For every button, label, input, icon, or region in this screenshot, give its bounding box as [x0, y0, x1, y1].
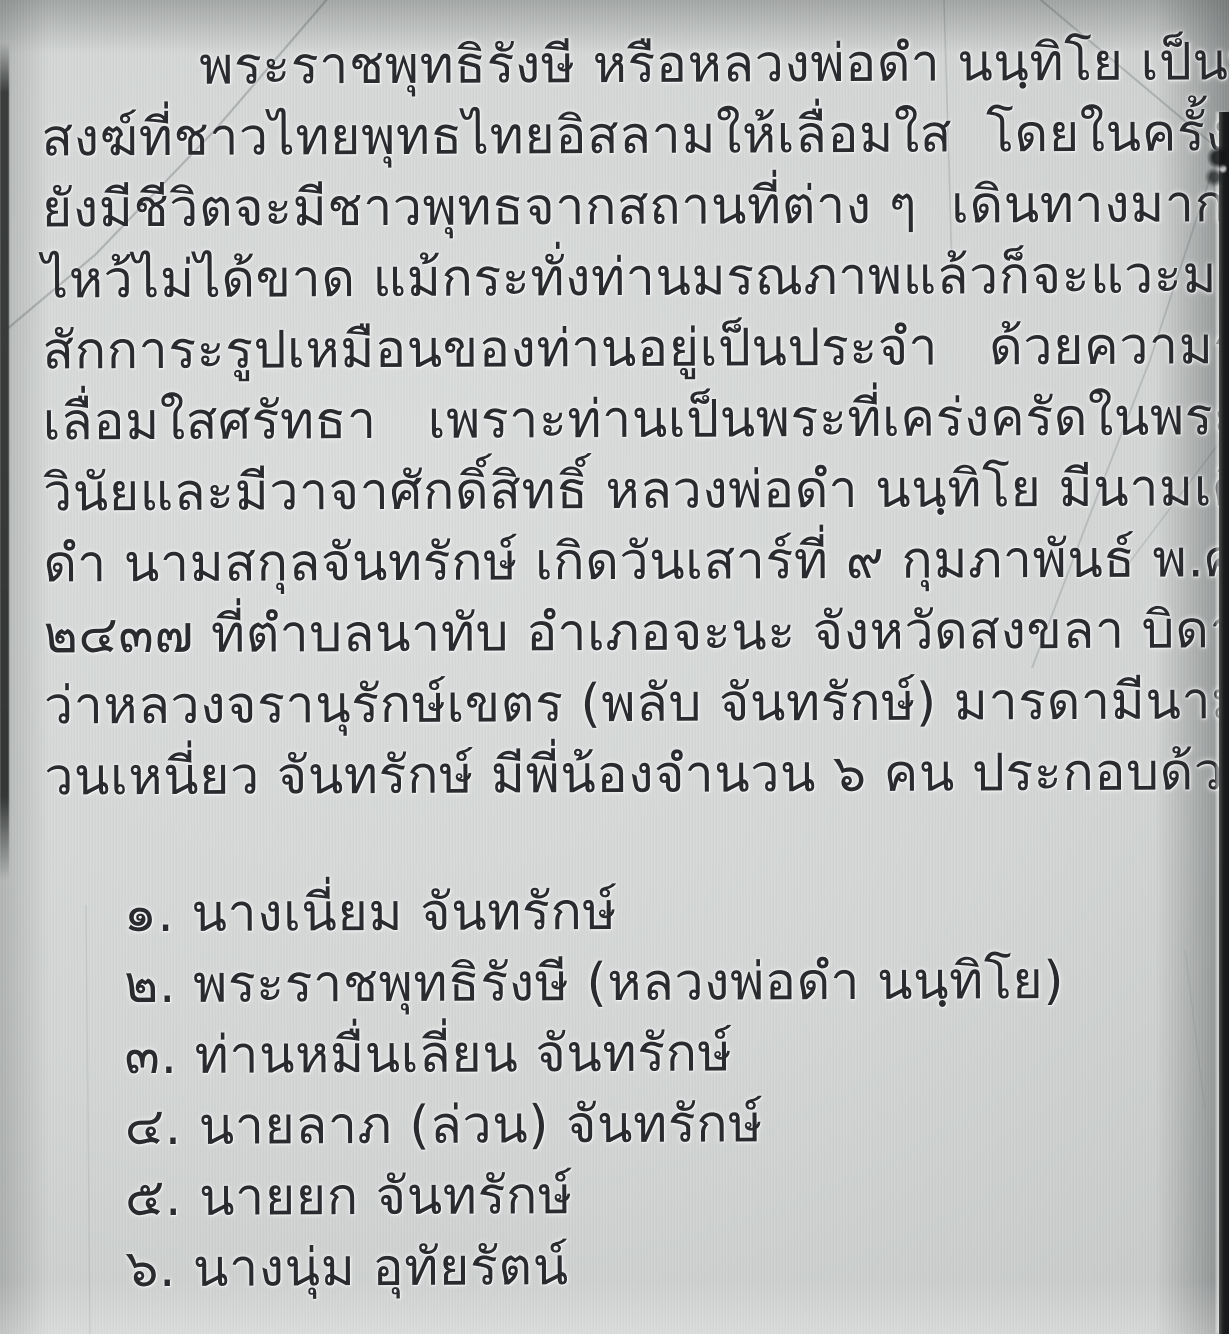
list-item-3: ๓. ท่านหมื่นเลี่ยน จันทรักษ์	[4, 1016, 1229, 1092]
list-item-2: ๒. พระราชพุทธิรังษี (หลวงพ่อดำ นนฺทิโย)	[4, 945, 1229, 1021]
list-item-5: ๕. นายยก จันทรักษ์	[5, 1158, 1229, 1234]
paragraph-line-8: ดำ นามสกุลจันทรักษ์ เกิดวันเสาร์ที่ ๙ กุ…	[2, 524, 1229, 600]
right-dark-edge	[1219, 112, 1229, 1334]
paragraph-line-3: ยังมีชีวิตจะมีชาวพุทธจากสถานที่ต่าง ๆ เด…	[1, 169, 1229, 245]
document-text: พระราชพุทธิรังษี หรือหลวงพ่อดำ นนฺทิโย เ…	[0, 27, 1229, 1305]
list-item-4: ๔. นายลาภ (ล่วน) จันทรักษ์	[5, 1087, 1229, 1163]
paragraph-line-9: ๒๔๓๗ ที่ตำบลนาทับ อำเภอจะนะ จังหวัดสงขลา…	[2, 595, 1229, 671]
screen-crack-impact	[1199, 138, 1227, 194]
list-item-6: ๖. นางนุ่ม อุทัยรัตน์	[5, 1229, 1229, 1305]
paragraph-line-6: เลื่อมใสศรัทธา เพราะท่านเป็นพระที่เคร่งค…	[2, 382, 1229, 458]
paragraph-line-5: สักการะรูปเหมือนของท่านอยู่เป็นประจำ ด้ว…	[1, 311, 1229, 387]
paragraph-line-2: สงฆ์ที่ชาวไทยพุทธไทยอิสลามให้เลื่อมใส โด…	[0, 98, 1229, 174]
list-item-1: ๑. นางเนี่ยม จันทรักษ์	[4, 874, 1229, 950]
paragraph-line-1: พระราชพุทธิรังษี หรือหลวงพ่อดำ นนฺทิโย เ…	[0, 27, 1229, 103]
paragraph-line-4: ไหว้ไม่ได้ขาด แม้กระทั่งท่านมรณภาพแล้วก็…	[1, 240, 1229, 316]
paragraph-line-7: วินัยและมีวาจาศักดิ์สิทธิ์ หลวงพ่อดำ นนฺ…	[2, 453, 1229, 529]
paragraph-line-10: ว่าหลวงจรานุรักษ์เขตร (พลับ จันทรักษ์) ม…	[3, 666, 1229, 742]
left-dark-edge	[0, 42, 9, 880]
paragraph-line-11: วนเหนี่ยว จันทรักษ์ มีพี่น้องจำนวน ๖ คน …	[3, 737, 1229, 813]
photo-of-screen: พระราชพุทธิรังษี หรือหลวงพ่อดำ นนฺทิโย เ…	[0, 0, 1229, 1334]
blank-line	[3, 808, 1229, 879]
